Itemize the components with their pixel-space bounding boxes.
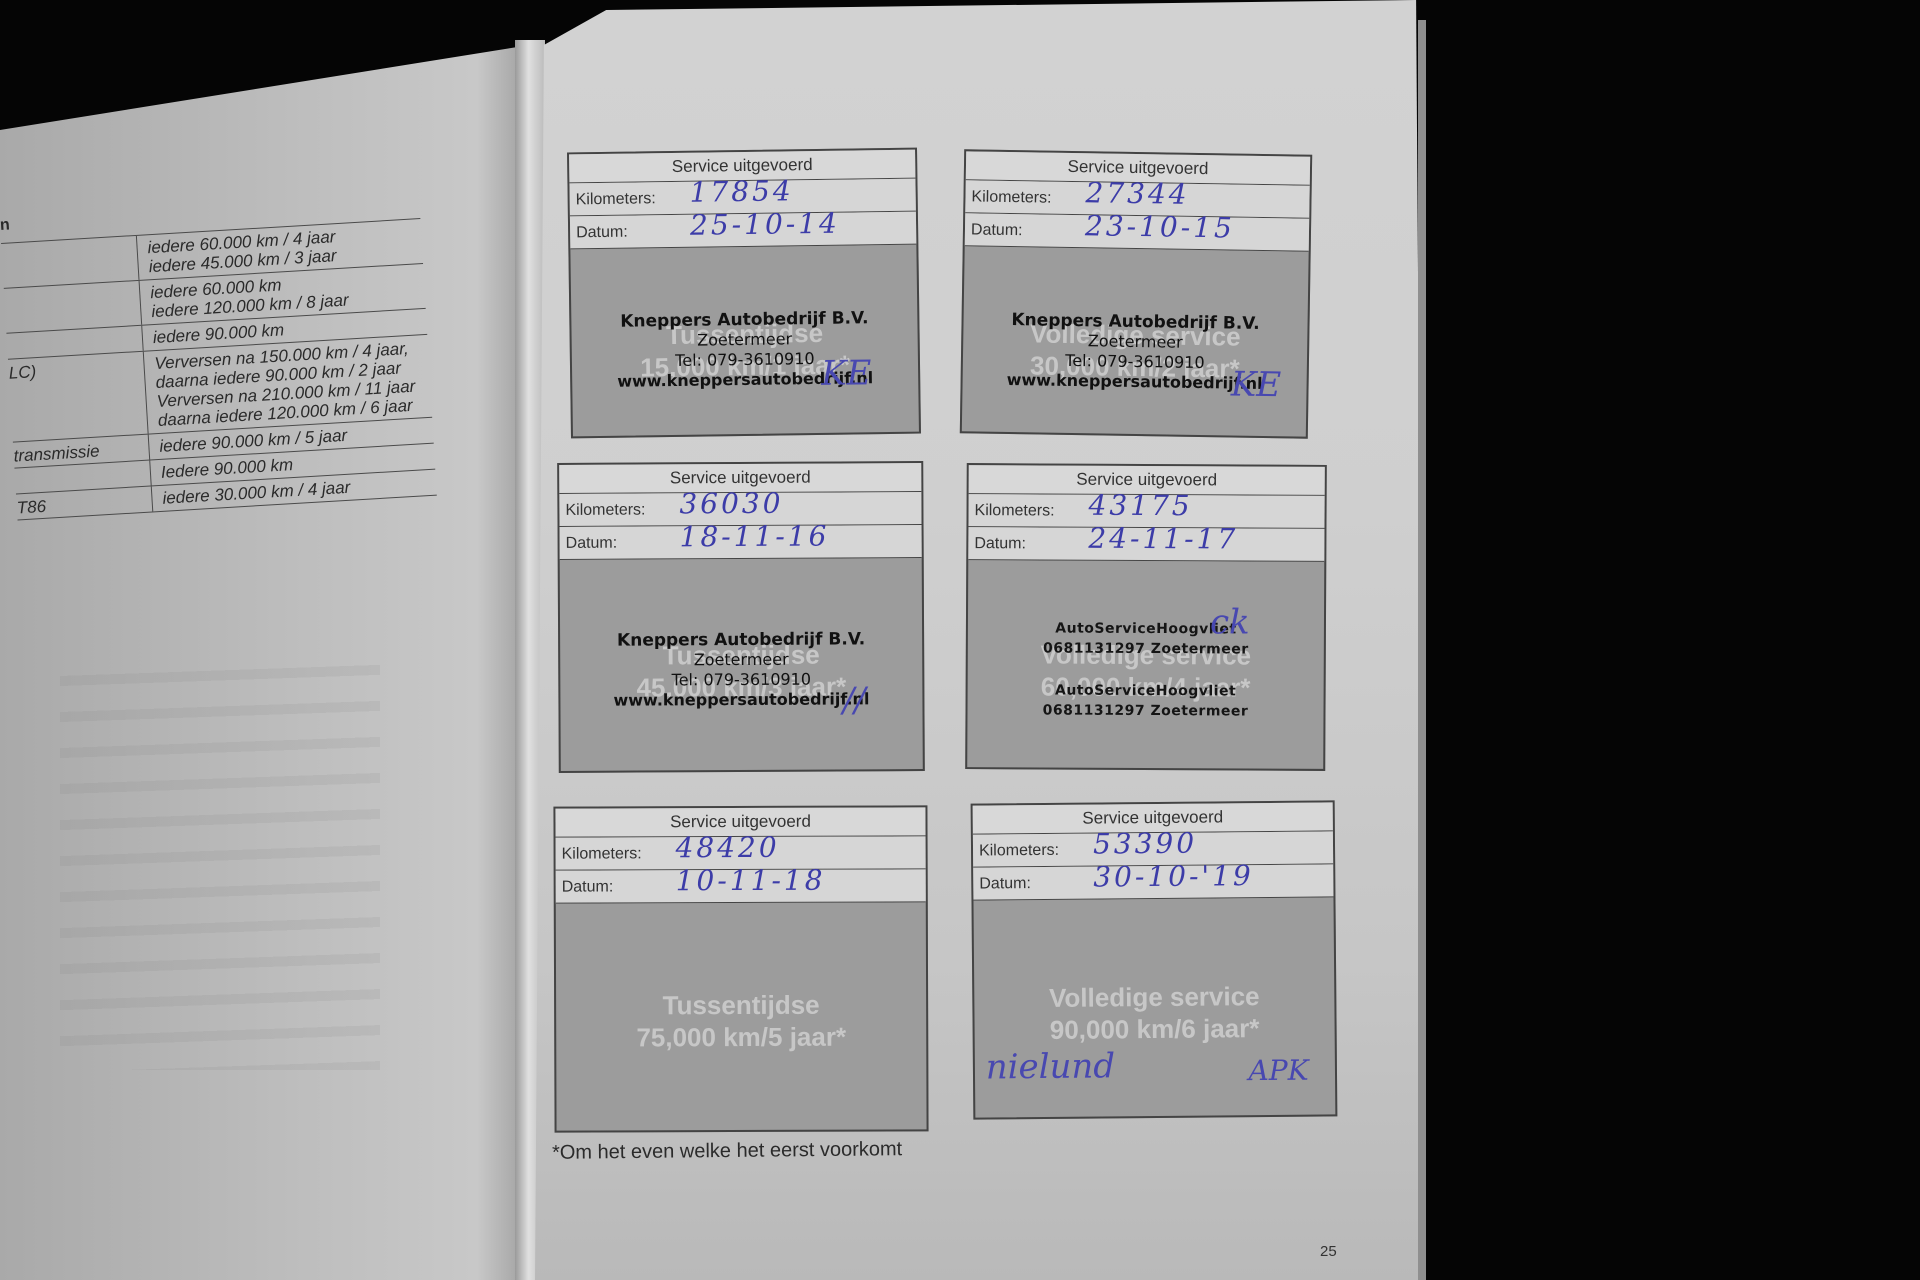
stamp-url: www.kneppersautobedrijf.nl [560,689,922,711]
stamp-area: Tussentijdse15,000 km/1 jaar*Kneppers Au… [570,245,919,436]
datum-label: Datum: [566,535,618,553]
datum-value: 18-11-16 [679,520,829,554]
datum-label: Datum: [562,878,614,896]
datum-value: 23-10-15 [1085,209,1235,244]
stamp-area: Volledige service60,000 km/4 jaar*AutoSe… [967,560,1324,768]
signature: KE [821,353,872,394]
signature: nielund [986,1046,1116,1087]
kilometers-value: 17854 [689,174,794,208]
page-edge [1418,20,1426,1280]
stamp-area: Volledige service90,000 km/6 jaar*nielun… [973,897,1335,1116]
datum-label: Datum: [979,875,1031,893]
stamp-line: AutoServiceHoogvliet [968,680,1324,702]
signature: // [843,680,866,720]
stamp-area: Volledige service30,000 km/2 jaar*Kneppe… [962,246,1309,435]
stamp-area: Tussentijdse45,000 km/3 jaar*Kneppers Au… [560,558,923,770]
datum-row: Datum:24-11-17 [968,527,1324,562]
service-record-5: Service uitgevoerdKilometers:48420Datum:… [553,805,928,1132]
datum-label: Datum: [971,221,1023,240]
watermark-line: Volledige service [974,980,1334,1015]
bleed-through-text [60,650,380,1070]
left-page [0,0,530,1280]
kilometers-label: Kilometers: [979,842,1059,861]
stamp-company: Kneppers Autobedrijf B.V. [560,629,922,651]
kilometers-value: 27344 [1085,176,1190,211]
row-label [4,281,142,333]
stamp-line: 0681131297 Zoetermeer [967,700,1323,722]
kilometers-label: Kilometers: [576,190,656,209]
dealer-stamp: Kneppers Autobedrijf B.V.ZoetermeerTel: … [560,629,922,711]
apk-signature: APK [1248,1053,1308,1087]
kilometers-value: 48420 [676,831,780,864]
datum-value: 30-10-'19 [1093,859,1254,893]
datum-value: 24-11-17 [1088,522,1238,556]
service-record-4: Service uitgevoerdKilometers:43175Datum:… [965,463,1327,771]
kilometers-value: 43175 [1088,489,1192,523]
kilometers-label: Kilometers: [975,502,1055,520]
kilometers-label: Kilometers: [971,188,1051,207]
service-record-2: Service uitgevoerdKilometers:27344Datum:… [960,149,1312,438]
row-interval: Verversen na 150.000 km / 4 jaar,daarna … [144,335,432,434]
row-label [1,236,139,288]
datum-row: Datum:10-11-18 [556,869,926,903]
datum-label: Datum: [974,535,1026,553]
datum-row: Datum:25-10-14 [570,212,916,250]
datum-label: Datum: [576,224,628,243]
service-type-watermark: Volledige service90,000 km/6 jaar* [974,980,1335,1047]
dealer-stamp: AutoServiceHoogvliet0681131297 Zoetermee… [967,618,1324,722]
watermark-line: 90,000 km/6 jaar* [974,1012,1334,1047]
datum-row: Datum:23-10-15 [965,213,1309,251]
stamp-line: 0681131297 Zoetermeer [968,638,1324,660]
page-number: 25 [1320,1243,1337,1260]
datum-value: 10-11-18 [676,864,826,898]
stamp-line: AutoServiceHoogvliet [968,618,1324,640]
datum-value: 25-10-14 [690,207,840,242]
stamp-city: Zoetermeer [560,649,922,671]
table-heading-fragment: n [0,216,10,235]
service-type-watermark: Tussentijdse75,000 km/5 jaar* [556,988,926,1053]
datum-row: Datum:18-11-16 [560,525,922,560]
signature: ck [1210,603,1250,643]
kilometers-value: 53390 [1093,827,1197,861]
row-label: LC) [8,352,149,442]
datum-row: Datum:30-10-'19 [973,864,1333,900]
maintenance-interval-table: n iedere 60.000 km / 4 jaariedere 45.000… [0,200,437,520]
watermark-line: Tussentijdse [556,988,926,1021]
service-record-6: Service uitgevoerdKilometers:53390Datum:… [971,800,1338,1119]
footnote: *Om het even welke het eerst voorkomt [552,1138,902,1165]
kilometers-label: Kilometers: [565,501,645,519]
kilometers-label: Kilometers: [562,845,642,863]
service-record-1: Service uitgevoerdKilometers:17854Datum:… [567,148,921,439]
stamp-phone: Tel: 079-3610910 [560,669,922,691]
signature: KE [1231,365,1282,406]
kilometers-value: 36030 [679,487,783,521]
watermark-line: 75,000 km/5 jaar* [556,1020,926,1053]
stamp-area: Tussentijdse75,000 km/5 jaar* [556,902,927,1129]
service-record-3: Service uitgevoerdKilometers:36030Datum:… [557,461,925,773]
